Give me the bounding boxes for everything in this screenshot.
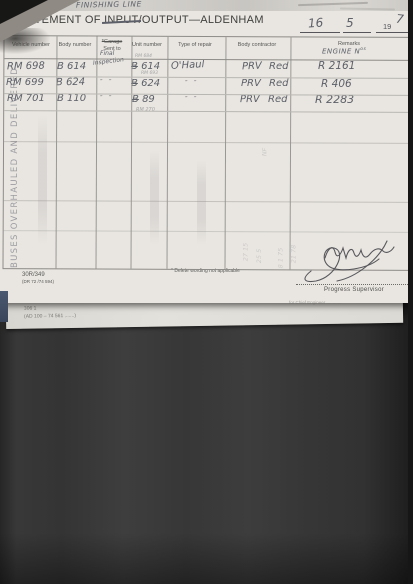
scan-streak bbox=[340, 8, 395, 11]
grid-row-line bbox=[4, 110, 409, 113]
date-underline bbox=[376, 32, 408, 33]
scanned-document-photo: 306 1 (AD 100 – 74 561 .......) FINISHIN… bbox=[0, 0, 413, 584]
form-reference-code: (DR 72 /74 594) bbox=[22, 279, 54, 284]
grid-column-line bbox=[55, 36, 57, 268]
grid-column-line bbox=[95, 37, 97, 269]
form-title: STATEMENT OF INPUT/OUTPUT—ALDENHAM bbox=[14, 14, 264, 26]
title-struck-word: INPUT bbox=[104, 14, 139, 26]
signature bbox=[295, 231, 407, 285]
grid-row-line bbox=[4, 93, 409, 96]
date-year-handwritten: 7 bbox=[395, 13, 404, 26]
finishing-line-annotation: FINISHING LINE bbox=[76, 0, 142, 9]
date-underline bbox=[300, 32, 340, 33]
second-sheet-ref-code: (AD 100 – 74 561 .......) bbox=[24, 312, 76, 320]
sign-for-label: for Chief Engineer ............ bbox=[289, 300, 342, 305]
blue-edge-sliver bbox=[0, 291, 8, 322]
right-edge-shadow bbox=[408, 0, 413, 584]
date-underline bbox=[343, 32, 371, 33]
scan-streak bbox=[298, 2, 368, 6]
grid-header-line bbox=[4, 58, 409, 61]
grid-faint-line bbox=[4, 141, 409, 144]
grid-column-line bbox=[224, 37, 226, 269]
photo-dark-background bbox=[0, 298, 413, 584]
date-year-printed: 19 bbox=[383, 22, 391, 31]
grid-row-line bbox=[4, 76, 409, 79]
grid-column-line bbox=[166, 37, 168, 269]
form-reference: 30R/349 (DR 72 /74 594) bbox=[22, 272, 54, 286]
date-day: 16 bbox=[308, 16, 324, 29]
grid-faint-line bbox=[4, 200, 409, 203]
second-sheet-reference: 306 1 (AD 100 – 74 561 .......) bbox=[24, 305, 76, 321]
title-suffix: /OUTPUT—ALDENHAM bbox=[139, 14, 264, 26]
grid-column-line bbox=[130, 37, 132, 269]
progress-supervisor-label: Progress Supervisor bbox=[300, 287, 408, 293]
form-page: FINISHING LINE STATEMENT OF INPUT/OUTPUT… bbox=[0, 0, 409, 303]
grid-column-line bbox=[289, 37, 291, 269]
form-reference-number: 30R/349 bbox=[22, 272, 54, 279]
date-month: 5 bbox=[346, 17, 354, 29]
